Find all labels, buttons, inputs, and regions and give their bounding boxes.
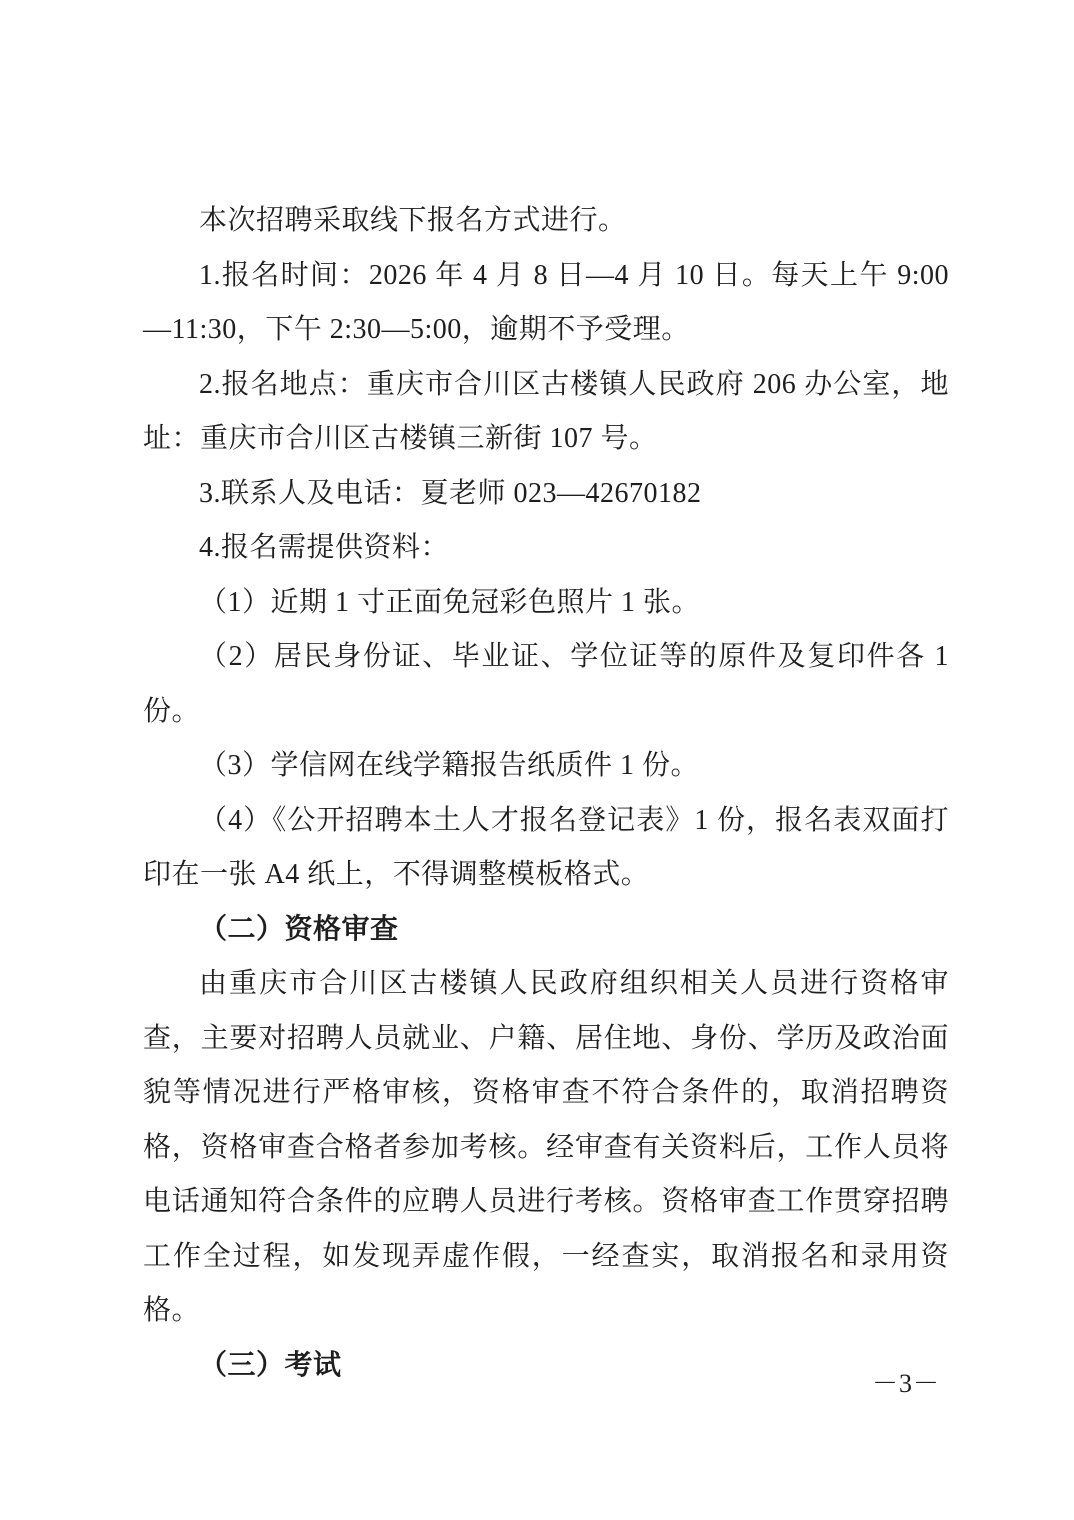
paragraph: 由重庆市合川区古楼镇人民政府组织相关人员进行资格审查，主要对招聘人员就业、户籍、…	[143, 957, 949, 1339]
paragraph: 3.联系人及电话：夏老师 023—42670182	[143, 467, 949, 522]
document-page: 本次招聘采取线下报名方式进行。1.报名时间：2026 年 4 月 8 日—4 月…	[0, 0, 1074, 1520]
paragraph: 4.报名需提供资料：	[143, 521, 949, 576]
paragraph: （1）近期 1 寸正面免冠彩色照片 1 张。	[143, 576, 949, 631]
paragraph: （4）《公开招聘本土人才报名登记表》1 份，报名表双面打印在一张 A4 纸上，不…	[143, 794, 949, 903]
document-body: 本次招聘采取线下报名方式进行。1.报名时间：2026 年 4 月 8 日—4 月…	[143, 194, 949, 1393]
paragraph: 1.报名时间：2026 年 4 月 8 日—4 月 10 日。每天上午 9:00…	[143, 249, 949, 358]
paragraph: （2）居民身份证、毕业证、学位证等的原件及复印件各 1 份。	[143, 630, 949, 739]
paragraph: （3）学信网在线学籍报告纸质件 1 份。	[143, 739, 949, 794]
paragraph: 2.报名地点：重庆市合川区古楼镇人民政府 206 办公室，地址：重庆市合川区古楼…	[143, 358, 949, 467]
page-number: －3－	[872, 1363, 972, 1400]
section-heading: （二）资格审查	[143, 903, 949, 958]
paragraph: 本次招聘采取线下报名方式进行。	[143, 194, 949, 249]
section-heading: （三）考试	[143, 1339, 949, 1394]
